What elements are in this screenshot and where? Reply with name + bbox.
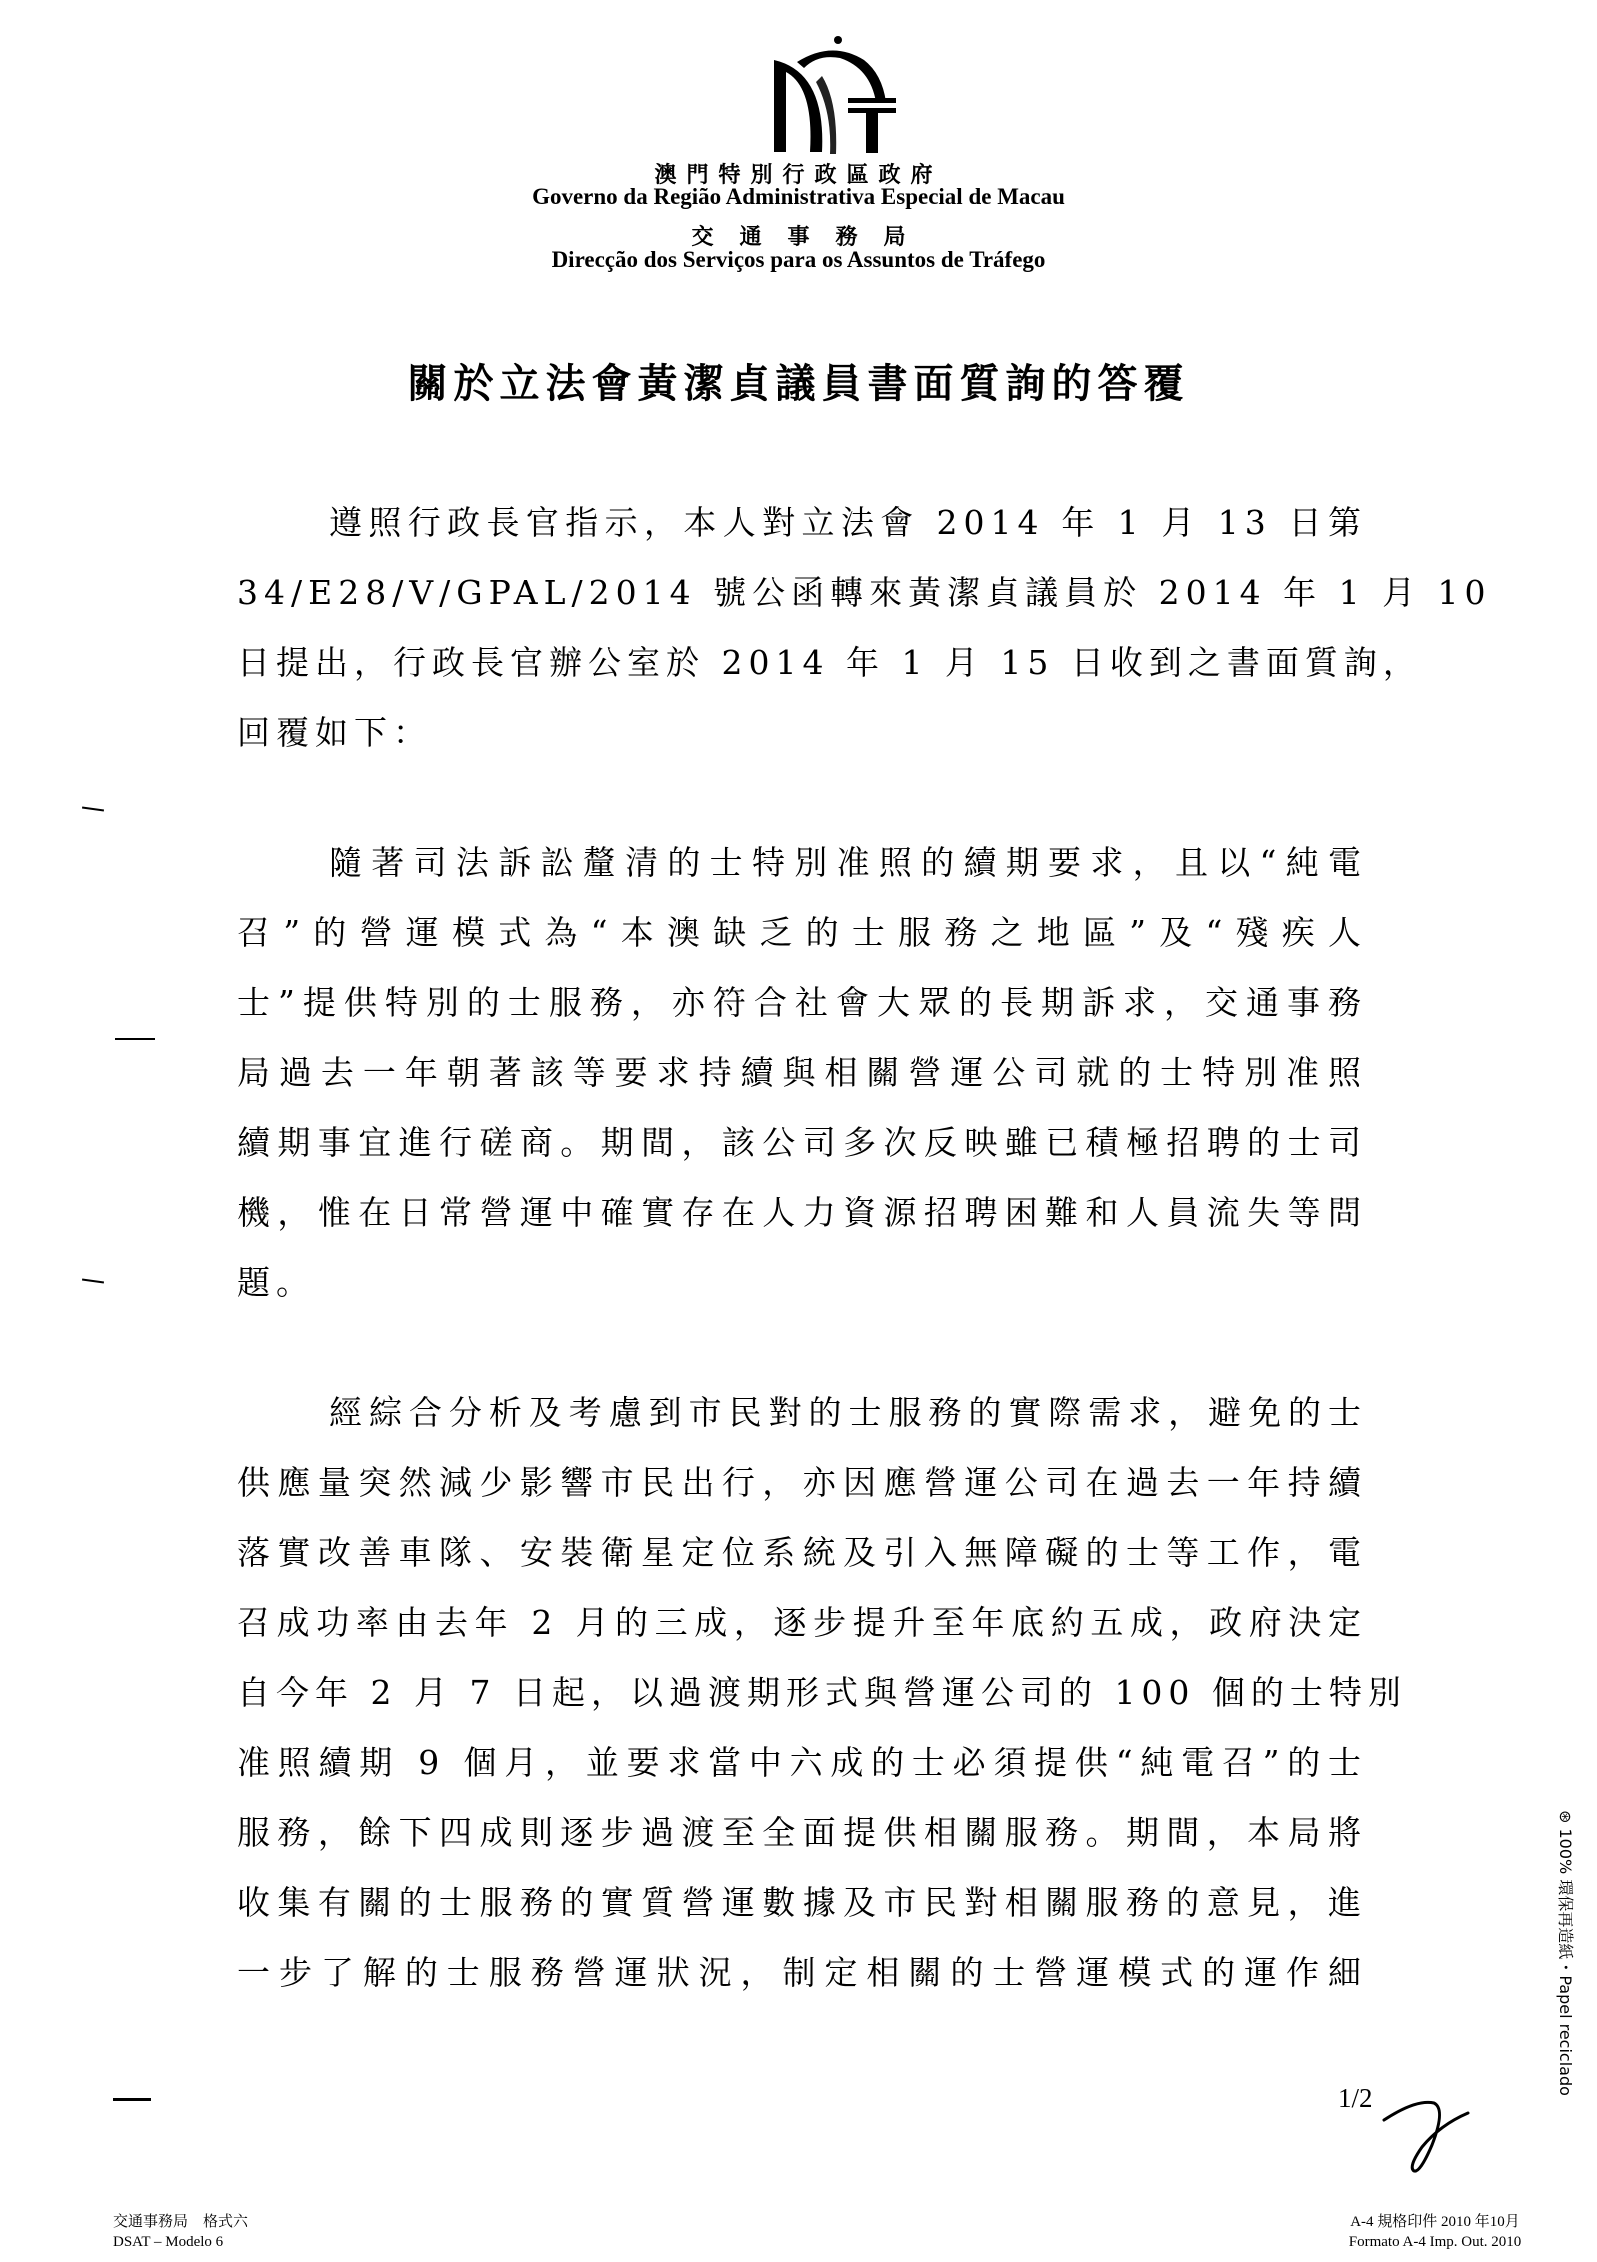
paragraph-line: 收集有關的士服務的實質營運數據及市民對相關服務的意見，進 (237, 1868, 1367, 1938)
paragraph-line: 士”提供特別的士服務，亦符合社會大眾的長期訴求，交通事務 (237, 968, 1367, 1038)
footer-left: 交通事務局 格式六 DSAT – Modelo 6 (113, 2212, 248, 2252)
paragraph-line: 一步了解的士服務營運狀況，制定相關的士營運模式的運作細 (237, 1938, 1367, 2008)
print-format-zh: A-4 規格印件 2010 年10月 (1330, 2212, 1540, 2232)
paragraph-line: 題。 (237, 1248, 1367, 1318)
margin-mark (82, 1278, 104, 1283)
paragraph-line: 續期事宜進行磋商。期間，該公司多次反映雖已積極招聘的士司 (237, 1108, 1367, 1178)
paragraph-line: 遵照行政長官指示，本人對立法會 2014 年 1 月 13 日第 (237, 488, 1367, 558)
fold-mark (113, 2098, 151, 2101)
paragraph-line: 服務，餘下四成則逐步過渡至全面提供相關服務。期間，本局將 (237, 1798, 1367, 1868)
gov-name-pt: Governo da Região Administrativa Especia… (0, 184, 1597, 210)
signature-icon (1376, 2095, 1486, 2190)
paragraph-3: 經綜合分析及考慮到市民對的士服務的實際需求，避免的士 供應量突然減少影響市民出行… (237, 1378, 1367, 2008)
paragraph-2: 隨著司法訴訟釐清的士特別准照的續期要求，且以“純電 召”的營運模式為“本澳缺乏的… (237, 828, 1367, 1318)
paragraph-line: 供應量突然減少影響市民出行，亦因應營運公司在過去一年持續 (237, 1448, 1367, 1518)
paragraph-line: 自今年 2 月 7 日起，以過渡期形式與營運公司的 100 個的士特別 (237, 1658, 1367, 1728)
document-title: 關於立法會黃潔貞議員書面質詢的答覆 (0, 352, 1597, 409)
form-model-pt: DSAT – Modelo 6 (113, 2232, 248, 2252)
fold-mark (115, 1038, 155, 1040)
paragraph-line: 准照續期 9 個月，並要求當中六成的士必須提供“純電召”的士 (237, 1728, 1367, 1798)
page-number: 1/2 (1338, 2083, 1373, 2114)
paragraph-1: 遵照行政長官指示，本人對立法會 2014 年 1 月 13 日第 34/E28/… (237, 488, 1367, 768)
recycled-paper-note: ⊛ 100% 環保再造紙・Papel reciclado (1548, 1810, 1578, 2060)
recycle-icon: ⊛ (1556, 1810, 1575, 1823)
paragraph-line: 日提出，行政長官辦公室於 2014 年 1 月 15 日收到之書面質詢， (237, 628, 1367, 698)
print-format-pt: Formato A-4 Imp. Out. 2010 (1330, 2232, 1540, 2252)
paragraph-line: 34/E28/V/GPAL/2014 號公函轉來黃潔貞議員於 2014 年 1 … (237, 558, 1367, 628)
paragraph-line: 隨著司法訴訟釐清的士特別准照的續期要求，且以“純電 (237, 828, 1367, 898)
dept-name-pt: Direcção dos Serviços para os Assuntos d… (0, 247, 1597, 273)
paragraph-line: 召成功率由去年 2 月的三成，逐步提升至年底約五成，政府決定 (237, 1588, 1367, 1658)
margin-mark (82, 806, 104, 811)
paragraph-line: 落實改善車隊、安裝衛星定位系統及引入無障礙的士等工作，電 (237, 1518, 1367, 1588)
recycled-paper-text: 100% 環保再造紙・Papel reciclado (1556, 1829, 1575, 2096)
footer-right: A-4 規格印件 2010 年10月 Formato A-4 Imp. Out.… (1330, 2212, 1540, 2252)
form-model-zh: 交通事務局 格式六 (113, 2212, 248, 2232)
paragraph-line: 經綜合分析及考慮到市民對的士服務的實際需求，避免的士 (237, 1378, 1367, 1448)
paragraph-line: 召”的營運模式為“本澳缺乏的士服務之地區”及“殘疾人 (237, 898, 1367, 968)
dsat-logo-icon (752, 32, 912, 162)
paragraph-line: 局過去一年朝著該等要求持續與相關營運公司就的士特別准照 (237, 1038, 1367, 1108)
dsat-logo (752, 32, 912, 162)
paragraph-line: 機，惟在日常營運中確實存在人力資源招聘困難和人員流失等問 (237, 1178, 1367, 1248)
paragraph-line: 回覆如下： (237, 698, 1367, 768)
